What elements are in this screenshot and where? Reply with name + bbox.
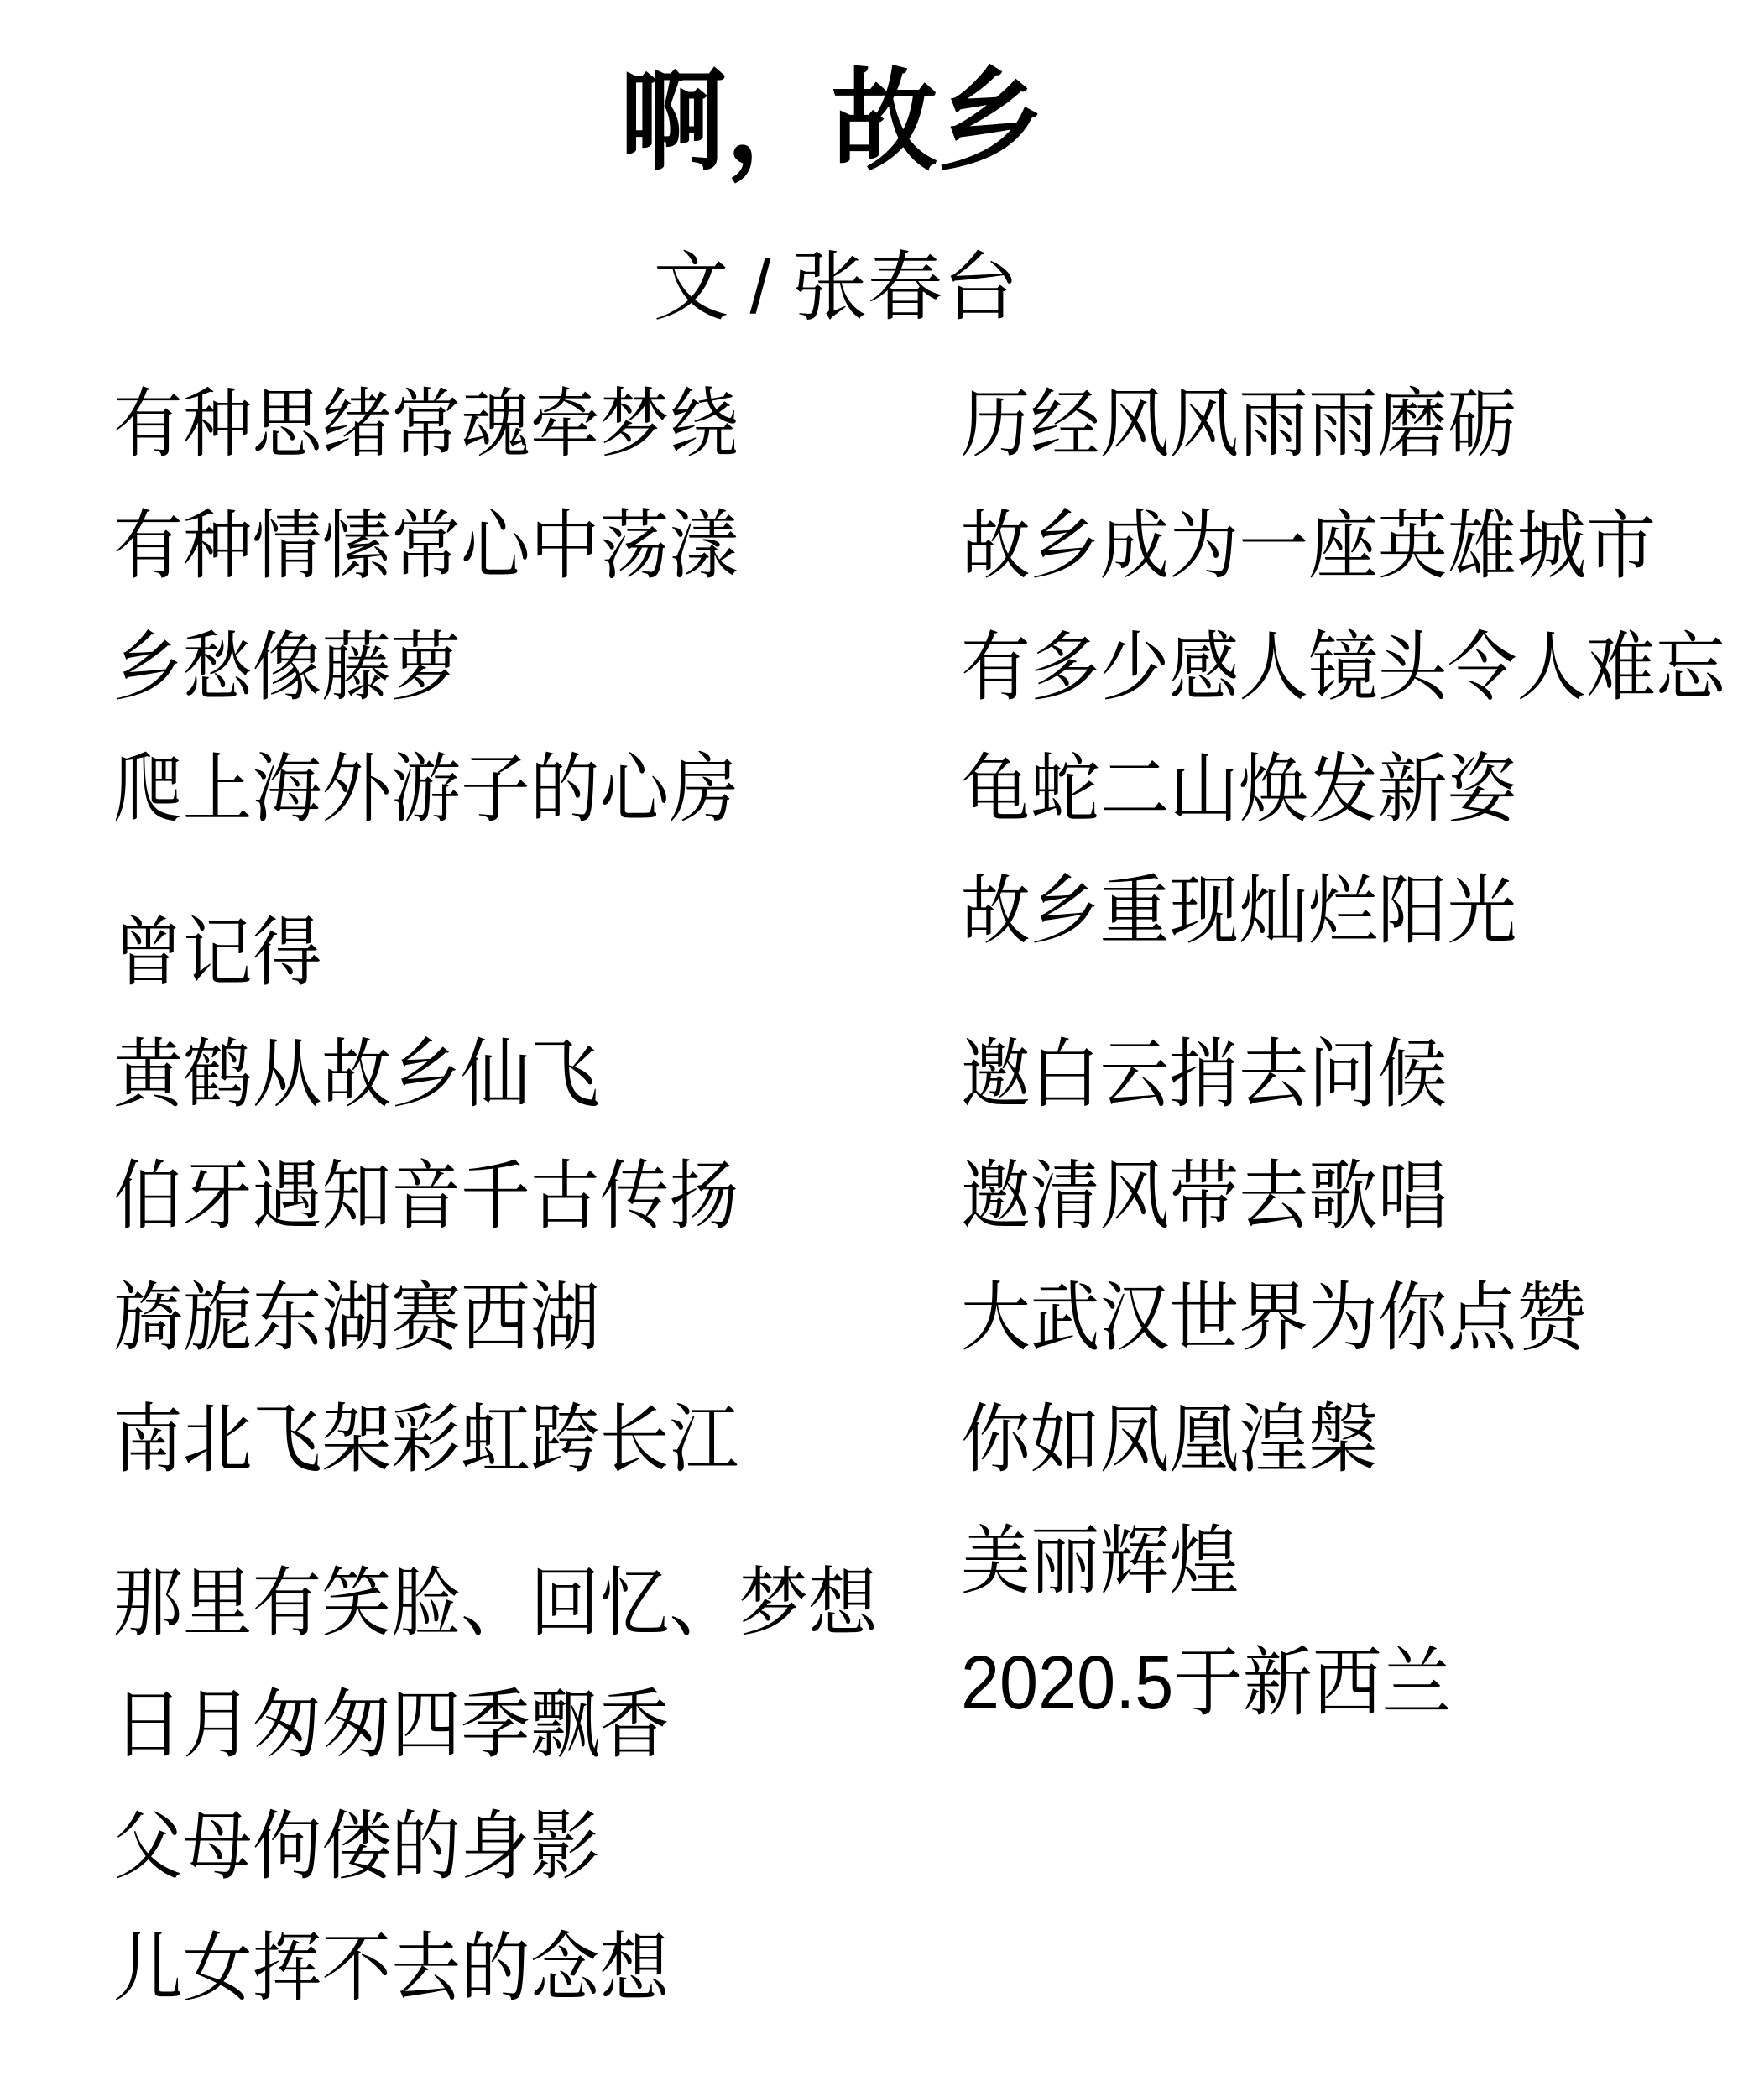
poem-line: 南北飞架彩虹跨长江 [113,1380,878,1501]
poem-line: 你如凤凰湟槃 [961,1380,1725,1501]
poem-line: 旖旎东湖赛西湖 [113,1258,878,1380]
poem-title: 啊，故乡 [0,60,1674,182]
poem-page: 啊，故乡 文 / 张春台 有种思绪常魂牵梦绕 有种情愫常心中荡漾 乡愁像藤萝 爬… [0,0,1764,2081]
poem-line: 邀清风带去歌唱 [961,1136,1725,1258]
poem-line: 乡愁像藤萝 [113,608,878,729]
right-column: 历经风风雨雨磨砺 故乡成为一座英雄城市 有多少感人镜头令人难忘 龟蛇二山焕发新姿… [961,364,1764,1745]
poem-line: 龟蛇二山焕发新姿 [961,729,1725,851]
poem-line: 美丽辉煌 [961,1501,1725,1623]
left-stanza-3: 那里有笑脸、回忆、梦想 日月匆匆四季飘香 父母佝偻的身影 儿女挥不去的念想 [113,1543,944,2030]
poem-line: 有多少感人镜头令人难忘 [961,608,1725,729]
poem-line: 爬上海外游子的心房 [113,729,878,851]
right-stanza-1: 历经风风雨雨磨砺 故乡成为一座英雄城市 有多少感人镜头令人难忘 龟蛇二山焕发新姿… [961,364,1764,973]
left-stanza-1: 有种思绪常魂牵梦绕 有种情愫常心中荡漾 乡愁像藤萝 爬上海外游子的心房 [113,364,944,851]
poem-line: 父母佝偻的身影 [113,1786,878,1908]
poem-line: 历经风风雨雨磨砺 [961,364,1725,486]
poem-byline: 文 / 张春台 [0,247,1718,330]
poem-line: 有种思绪常魂牵梦绕 [113,364,878,486]
right-stanza-2: 邀白云捎去问候 邀清风带去歌唱 大武汉世界为你点赞 你如凤凰湟槃 美丽辉煌 20… [961,1014,1764,1745]
poem-line: 2020.5于新西兰 [961,1623,1725,1745]
poem-line: 日月匆匆四季飘香 [113,1665,878,1786]
poem-line: 黄鹤从故乡仙飞 [113,1014,878,1136]
poem-line: 伯牙遇知音千古传扬 [113,1136,878,1258]
poem-line: 曾记得 [113,893,878,1014]
poem-line: 故乡成为一座英雄城市 [961,486,1725,608]
left-column: 有种思绪常魂牵梦绕 有种情愫常心中荡漾 乡愁像藤萝 爬上海外游子的心房 曾记得 … [113,364,944,2030]
poem-line: 故乡重现灿烂阳光 [961,851,1725,973]
poem-line: 有种情愫常心中荡漾 [113,486,878,608]
poem-line: 邀白云捎去问候 [961,1014,1725,1136]
poem-line: 儿女挥不去的念想 [113,1908,878,2030]
poem-line: 那里有笑脸、回忆、梦想 [113,1543,878,1665]
poem-line: 大武汉世界为你点赞 [961,1258,1725,1380]
left-stanza-2: 曾记得 黄鹤从故乡仙飞 伯牙遇知音千古传扬 旖旎东湖赛西湖 南北飞架彩虹跨长江 [113,893,944,1501]
